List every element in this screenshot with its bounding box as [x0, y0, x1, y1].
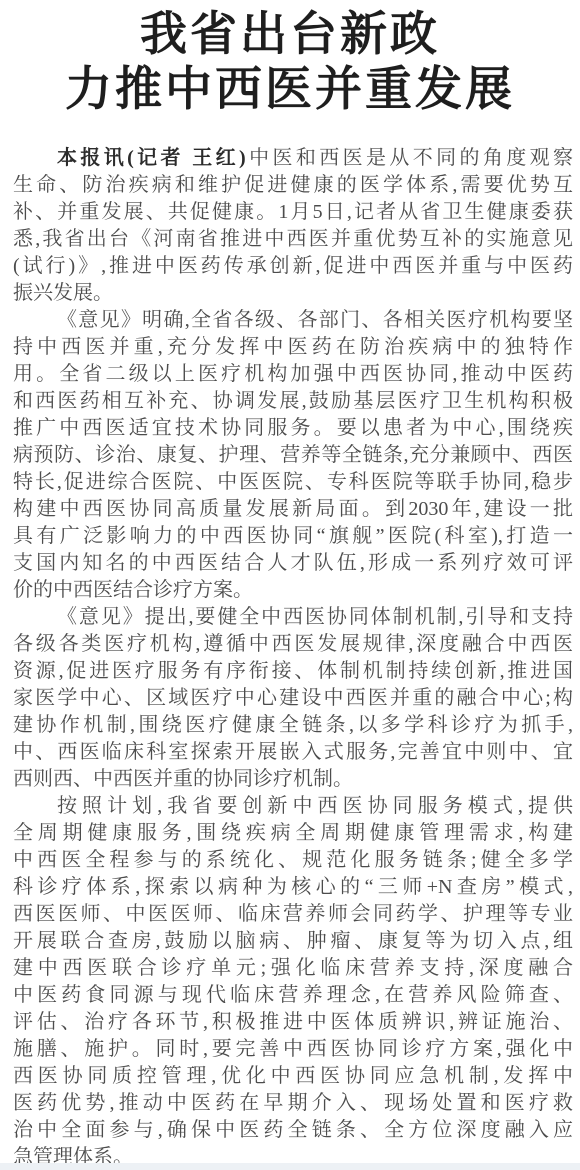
- article-line: 医药优势,推动中医药在早期介入、现场处置和医疗救: [13, 1090, 573, 1117]
- article-line: 病预防、诊治、康复、护理、营养等全链条,充分兼顾中、西医: [13, 442, 573, 469]
- article-body: 本报讯(记者 王红)中医和西医是从不同的角度观察生命、防治疾病和维护促进健康的医…: [0, 116, 580, 1170]
- article-line: 建中西医联合诊疗单元;强化临床营养支持,深度融合: [13, 955, 573, 982]
- article-line: 西则西、中西医并重的协同诊疗机制。: [13, 766, 573, 793]
- article-line: 振兴发展。: [13, 280, 573, 307]
- article-line: 中医药食同源与现代临床营养理念,在营养风险筛查、: [13, 982, 573, 1009]
- article-line: 科诊疗体系,探索以病种为核心的“三师+N查房”模式,: [13, 874, 573, 901]
- article-line: 资源,促进医疗服务有序衔接、体制机制持续创新,推进国: [13, 658, 573, 685]
- article-line: 构建中西医协同高质量发展新局面。到2030年,建设一批: [13, 496, 573, 523]
- article-line: 中、西医临床科室探索开展嵌入式服务,完善宜中则中、宜: [13, 739, 573, 766]
- article-title-line: 力推中西医并重发展: [0, 61, 580, 116]
- article-line: 悉,我省出台《河南省推进中西医并重优势互补的实施意见: [13, 226, 573, 253]
- article-line: 评估、治疗各环节,积极推进中医体质辨识,辨证施治、: [13, 1009, 573, 1036]
- article-line: 和西医药相互补充、协调发展,鼓励基层医疗卫生机构积极: [13, 388, 573, 415]
- article-line: 用。全省二级以上医疗机构加强中西医协同,推动中医药: [13, 361, 573, 388]
- article-line: 补、并重发展、共促健康。1月5日,记者从省卫生健康委获: [13, 199, 573, 226]
- article-lead-bold: 本报讯(记者 王红): [57, 147, 246, 169]
- article-line: 生命、防治疾病和维护促进健康的医学体系,需要优势互: [13, 172, 573, 199]
- article-paragraph: 按照计划,我省要创新中西医协同服务模式,提供全周期健康服务,围绕疾病全周期健康管…: [13, 793, 573, 1170]
- article-line: 《意见》明确,全省各级、各部门、各相关医疗机构要坚: [13, 307, 573, 334]
- article-line: 具有广泛影响力的中西医协同“旗舰”医院(科室),打造一: [13, 523, 573, 550]
- article-line: 《意见》提出,要健全中西医协同体制机制,引导和支持: [13, 604, 573, 631]
- article-line: (试行)》,推进中医药传承创新,促进中西医并重与中医药: [13, 253, 573, 280]
- article-line: 治中全面参与,确保中医药全链条、全方位深度融入应: [13, 1117, 573, 1144]
- article-line: 本报讯(记者 王红)中医和西医是从不同的角度观察: [13, 145, 573, 172]
- article-line: 开展联合查房,鼓励以脑病、肿瘤、康复等为切入点,组: [13, 928, 573, 955]
- article-line: 中西医全程参与的系统化、规范化服务链条;健全多学: [13, 847, 573, 874]
- article-line: 建协作机制,围绕医疗健康全链条,以多学科诊疗为抓手,: [13, 712, 573, 739]
- article-title-line: 我省出台新政: [0, 6, 580, 61]
- article-title: 我省出台新政力推中西医并重发展: [0, 0, 580, 116]
- article-line: 施膳、施护。同时,要完善中西医协同诊疗方案,强化中: [13, 1036, 573, 1063]
- newspaper-page: 我省出台新政力推中西医并重发展 本报讯(记者 王红)中医和西医是从不同的角度观察…: [0, 0, 580, 1170]
- article-line: 按照计划,我省要创新中西医协同服务模式,提供: [13, 793, 573, 820]
- article-paragraph: 本报讯(记者 王红)中医和西医是从不同的角度观察生命、防治疾病和维护促进健康的医…: [13, 145, 573, 307]
- article-line: 支国内知名的中西医结合人才队伍,形成一系列疗效可评: [13, 550, 573, 577]
- article-line: 各级各类医疗机构,遵循中西医发展规律,深度融合中西医: [13, 631, 573, 658]
- article-line: 持中西医并重,充分发挥中医药在防治疾病中的独特作: [13, 334, 573, 361]
- article-paragraph: 《意见》提出,要健全中西医协同体制机制,引导和支持各级各类医疗机构,遵循中西医发…: [13, 604, 573, 793]
- article-line: 推广中西医适宜技术协同服务。要以患者为中心,围绕疾: [13, 415, 573, 442]
- article-line: 价的中西医结合诊疗方案。: [13, 577, 573, 604]
- page-bottom-edge: [0, 1163, 580, 1170]
- article-paragraph: 《意见》明确,全省各级、各部门、各相关医疗机构要坚持中西医并重,充分发挥中医药在…: [13, 307, 573, 604]
- article-line: 西医医师、中医医师、临床营养师会同药学、护理等专业: [13, 901, 573, 928]
- article-line: 全周期健康服务,围绕疾病全周期健康管理需求,构建: [13, 820, 573, 847]
- article-line: 特长,促进综合医院、中医医院、专科医院等联手协同,稳步: [13, 469, 573, 496]
- article-line: 西医协同质控管理,优化中西医协同应急机制,发挥中: [13, 1063, 573, 1090]
- article-line: 家医学中心、区域医疗中心建设中西医并重的融合中心;构: [13, 685, 573, 712]
